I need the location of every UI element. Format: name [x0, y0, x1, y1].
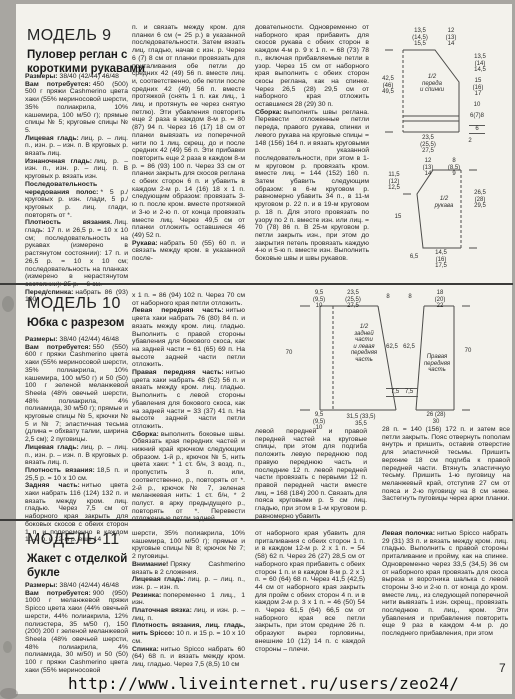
text-column: Размеры:38/40 (42/44) 46/48 Вам потребуе…	[25, 336, 128, 544]
measurement-label: 62,5	[400, 344, 418, 351]
section-subtitle-model-11: Жакет с отделкой букле	[27, 553, 145, 580]
para-text: нитью цвета хаки набрать 76 (80) 84 п. и…	[132, 307, 245, 368]
para-label: Правая передняя часть:	[132, 369, 224, 376]
text-column: шерсти, 35% полиакрила, 10% кашемира, 10…	[132, 530, 245, 669]
page-number: 7	[499, 661, 506, 675]
section-divider	[0, 283, 513, 285]
text-column: п. и связать между кром. для планки 6 см…	[132, 24, 245, 263]
schematic-sleeve: 12 (13) 14 8 (8,5) 9 11,5 (12) 12,5 15 2…	[375, 158, 515, 280]
para-text: 38/40 (42/44) 46/48	[60, 336, 119, 343]
measurement-label: 6(7)8	[465, 113, 489, 120]
para-text: 450 (500) 500 г пряжи Cashmerino цвета х…	[25, 81, 128, 134]
measurement-label: 11,5 (12) 12,5	[381, 172, 407, 192]
para-label: Плотность вязания.	[25, 219, 112, 226]
measurement-label: 23,5 (25,5) 27,5	[338, 290, 368, 310]
para-text: от наборного края убавить для приталиван…	[255, 530, 365, 653]
paragraph: от наборного края убавить для приталиван…	[255, 530, 365, 653]
measurement-label: 7,5	[400, 388, 418, 397]
para-label: Сборка:	[132, 431, 159, 438]
section-title-model-9: МОДЕЛЬ 9	[27, 27, 111, 45]
section-subtitle-model-9: Пуловер реглан с короткими рукавами	[27, 49, 149, 76]
paragraph: Плотность вязания, лиц. гладь, нить Spic…	[132, 622, 245, 645]
measurement-label: 18 (20) 22	[428, 290, 452, 310]
paragraph: Сборка:выполнить боковые швы. Обвязать к…	[132, 431, 245, 523]
paragraph: Левая полочка:нитью Spicco набрать 29 (3…	[382, 530, 508, 638]
measurement-label: 6,5	[407, 254, 421, 261]
paragraph: 28 п. = 140 (156) 172 п. и затем все пет…	[382, 426, 510, 503]
measurement-label: 12 (13) 14	[439, 28, 463, 48]
paragraph: Последовательность чередования полос:* 5…	[25, 181, 128, 220]
measurement-label: 70	[280, 350, 298, 357]
schematic-right-front: 8 18 (20) 22 62,5 7,5 70 Правая передняя…	[396, 292, 512, 426]
measurement-label: 6	[469, 125, 485, 134]
text-column: от наборного края убавить для приталиван…	[255, 530, 365, 653]
para-label: Внимание!	[132, 561, 168, 568]
para-label: Задняя часть:	[25, 482, 80, 489]
paragraph: Изнаночная гладь:лиц. р. – изн. п., изн.…	[25, 158, 128, 181]
para-text: шерсти, 35% полиакрила, 10% кашемира, 10…	[132, 530, 245, 560]
para-label: Рукава:	[132, 240, 158, 247]
para-label: Левая полочка:	[382, 530, 435, 537]
paragraph: Вам потребуется:550 (550) 600 г пряжи Ca…	[25, 344, 128, 444]
para-label: Левая передняя часть:	[132, 307, 224, 314]
measurement-label: 9,5 (9,5) 10	[306, 412, 332, 432]
para-text: нитью цвета хаки набрать 48 (52) 56 п. и…	[132, 369, 245, 430]
measurement-label: 9,5 (9,5) 10	[306, 290, 332, 310]
paragraph: Размеры:38/40 (42/44) 46/48	[25, 73, 128, 81]
para-text: 28 п. = 140 (156) 172 п. и затем все пет…	[382, 426, 510, 502]
para-text: выполнить швы реглана. Перевести отложен…	[255, 109, 369, 262]
schematic-front-back: 13,5 (14,5) 15,5 12 (13) 14 13,5 (14) 14…	[375, 28, 515, 156]
paragraph: Внимание!Пряжу Cashmerino вязать в 2 сло…	[132, 561, 245, 576]
scan-artifact	[3, 641, 12, 653]
para-label: Размеры:	[25, 336, 58, 343]
paragraph: п. и связать между кром. для планки 6 см…	[132, 24, 245, 240]
measurement-label: 13,5 (14,5) 15,5	[405, 28, 435, 48]
para-text: Лиц. гладь: 17 п. и 26,5 р. = 10 х 10 см…	[25, 219, 128, 288]
text-column: Левая полочка:нитью Spicco набрать 29 (3…	[382, 530, 508, 638]
paragraph: Вам потребуется:450 (500) 500 г пряжи Ca…	[25, 81, 128, 135]
scan-artifact	[0, 688, 18, 699]
para-text: довательности. Одновременно от наборного…	[255, 24, 369, 108]
paragraph: Лицевая гладь:лиц. р. – лиц. п., изн. р.…	[132, 576, 245, 591]
piece-label: Правая передняя часть	[418, 354, 456, 374]
measurement-label: 31,5 (33,5) 35,5	[338, 414, 384, 427]
paragraph: Платочная вязка:лиц. и изн. р. – лиц. п.	[132, 607, 245, 622]
measurement-label: 2	[465, 138, 475, 145]
paragraph: Размеры:38/40 (42/44) 46/48	[25, 582, 128, 590]
paragraph: Резинка:попеременно 1 лиц., 1 изн.	[132, 592, 245, 607]
para-label: Вам потребуется:	[25, 344, 91, 351]
paragraph: Рукава:набрать 50 (55) 60 п. и связать м…	[132, 240, 245, 263]
measurement-label: 8	[404, 294, 416, 301]
paragraph: Спинка:нитью Spicco набрать 60 (64) 68 п…	[132, 646, 245, 669]
measurement-label: 26 (28) 30	[416, 412, 456, 425]
para-label: Размеры:	[25, 73, 58, 80]
text-column: левой передней и правой передней частей …	[255, 428, 367, 520]
measurement-label: 8 (8,5) 9	[443, 158, 465, 178]
paragraph: Плотность вязания.Лиц. гладь: 17 п. и 26…	[25, 219, 128, 288]
para-label: Резинка:	[132, 592, 161, 599]
para-label: Спинка:	[132, 646, 159, 653]
measurement-label: 14,5 (16) 17,5	[427, 250, 455, 270]
piece-label: 1/2 задней части и левая передняя часть	[340, 324, 388, 364]
paragraph: Размеры:38/40 (42/44) 46/48	[25, 336, 128, 344]
para-label: Размеры:	[25, 582, 58, 589]
watermark-url: http://www.liveinternet.ru/users/zeo24/	[68, 674, 459, 693]
measurement-label: 42,5 (46) 49,5	[375, 76, 401, 96]
text-column: довательности. Одновременно от наборного…	[255, 24, 369, 263]
text-column: 28 п. = 140 (156) 172 п. и затем все пет…	[382, 426, 510, 503]
scan-artifact	[2, 296, 14, 312]
measurement-label: 70	[460, 348, 476, 355]
paragraph: Лицевая гладь:лиц. р. – лиц. п., изн. р.…	[25, 135, 128, 158]
section-title-model-11: МОДЕЛЬ 11	[27, 531, 120, 549]
paragraph: Правая передняя часть:нитью цвета хаки н…	[132, 369, 245, 431]
piece-label: 1/2 переда и спинки	[409, 74, 455, 94]
paragraph: довательности. Одновременно от наборного…	[255, 24, 369, 109]
paragraph: Лицевая гладь:лиц. р. – лиц. п., изн. р.…	[25, 444, 128, 467]
schematic-back-left-front: 9,5 (9,5) 10 23,5 (25,5) 27,5 8 70 62,5 …	[256, 292, 410, 426]
para-text: х 1 п. = 86 (94) 102 п. Через 70 см от н…	[132, 292, 245, 307]
para-label: Лицевая гладь:	[25, 444, 79, 451]
para-label: Вам потребуется:	[25, 590, 91, 597]
paragraph: Вам потребуется:900 (950) 1000 г меланже…	[25, 590, 128, 675]
measurement-label: 26,5 (28) 29,5	[467, 190, 493, 210]
text-column: Размеры:38/40 (42/44) 46/48 Вам потребуе…	[25, 582, 128, 674]
para-text: нитью Spicco набрать 29 (31) 33 п. и вяз…	[382, 530, 508, 637]
para-text: п. и связать между кром. для планки 6 см…	[132, 24, 245, 239]
section-title-model-10: МОДЕЛЬ 10	[27, 295, 121, 313]
paragraph: шерсти, 35% полиакрила, 10% кашемира, 10…	[132, 530, 245, 561]
para-label: Вам потребуется:	[25, 81, 91, 88]
paragraph: Левая передняя часть:нитью цвета хаки на…	[132, 307, 245, 369]
para-text: выполнить боковые швы. Обвязать края пер…	[132, 431, 245, 523]
paragraph: левой передней и правой передней частей …	[255, 428, 367, 520]
para-label: Изнаночная гладь:	[25, 158, 92, 165]
para-text: 38/40 (42/44) 46/48	[60, 73, 119, 80]
piece-label: 1/2 рукава	[427, 196, 461, 209]
para-text: левой передней и правой передней частей …	[255, 428, 367, 520]
para-label: Сборка:	[255, 109, 282, 116]
section-divider	[0, 519, 513, 521]
measurement-label: 12 (13) 14	[415, 158, 441, 178]
scanned-magazine-page: { "footer": { "url": "http://www.liveint…	[0, 0, 515, 699]
measurement-label: 13,5 (14) 14,5	[465, 54, 495, 74]
para-label: Плотность вязания:	[25, 467, 95, 474]
para-label: Лицевая гладь:	[25, 135, 79, 142]
measurement-label: 8	[382, 294, 394, 301]
measurement-label: 10	[469, 102, 485, 109]
para-label: Платочная вязка:	[132, 607, 192, 614]
paragraph: Плотность вязания:18,5 п. и 25,5 р. = 10…	[25, 467, 128, 482]
para-label: Последовательность чередования полос:	[25, 181, 98, 196]
para-text: 550 (550) 600 г пряжи Cashmerino цвета х…	[25, 344, 128, 443]
measurement-label: 15	[391, 214, 405, 221]
measurement-label: 15 (16) 17	[467, 78, 489, 98]
text-column: х 1 п. = 86 (94) 102 п. Через 70 см от н…	[132, 292, 245, 523]
para-label: Лицевая гладь:	[132, 576, 186, 583]
paragraph: Сборка:выполнить швы реглана. Перевести …	[255, 109, 369, 263]
text-column: Размеры:38/40 (42/44) 46/48 Вам потребуе…	[25, 73, 128, 304]
measurement-label: 23,5 (25,5) 27,5	[411, 135, 445, 155]
para-text: 900 (950) 1000 г меланжевой пряжи Spicco…	[25, 590, 128, 674]
paragraph: х 1 п. = 86 (94) 102 п. Через 70 см от н…	[132, 292, 245, 307]
para-text: 38/40 (42/44) 46/48	[60, 582, 119, 589]
